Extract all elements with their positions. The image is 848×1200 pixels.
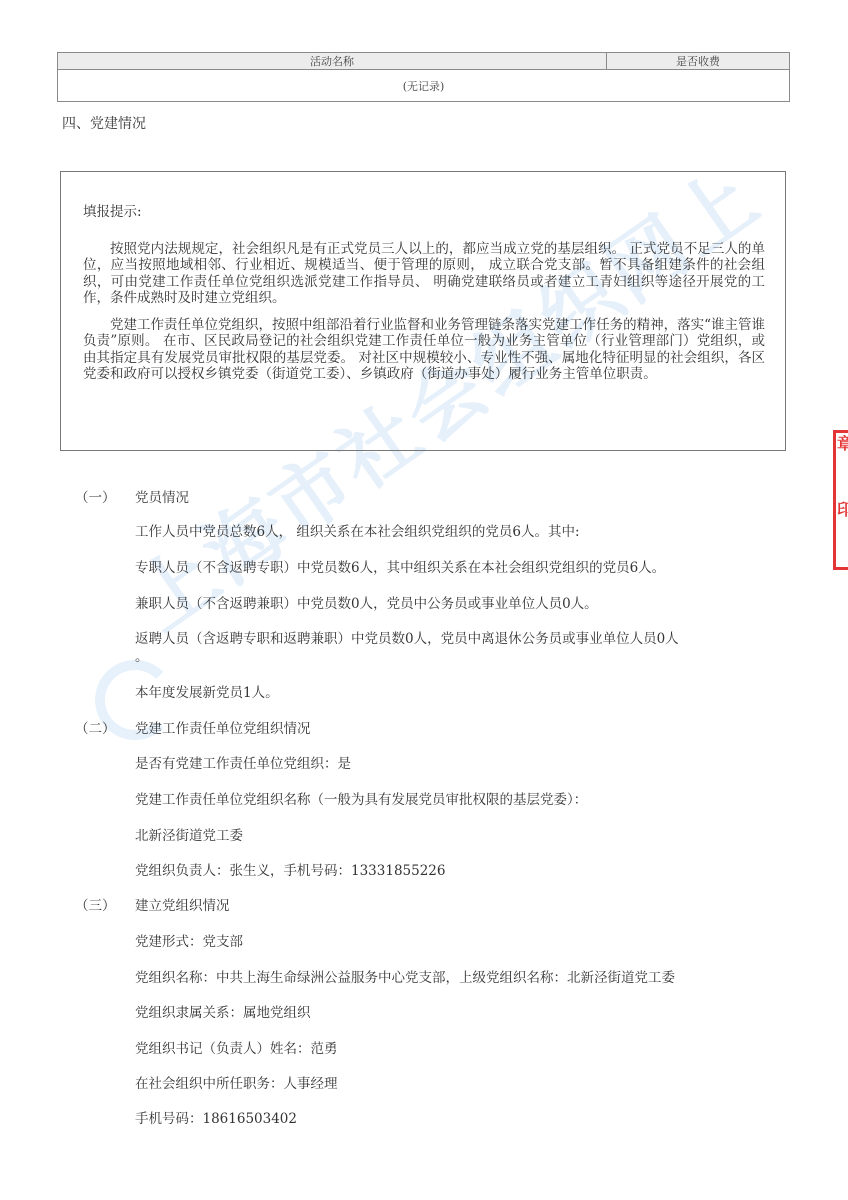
party-org-line: 党组织隶属关系：属地党组织	[135, 1001, 311, 1021]
header-activity-name: 活动名称	[58, 53, 607, 70]
members-line: 兼职人员（不含返聘兼职）中党员数0人，党员中公务员或事业单位人员0人。	[135, 592, 598, 612]
hint-box: 填报提示: 按照党内法规规定，社会组织凡是有正式党员三人以上的，都应当成立党的基…	[60, 171, 786, 451]
hint-title: 填报提示:	[83, 204, 765, 221]
red-seal-stamp: 章 印	[833, 430, 848, 570]
section-title: 四、党建情况	[62, 113, 146, 133]
responsible-unit-line: 党建工作责任单位党组织名称（一般为具有发展党员审批权限的基层党委）：	[135, 788, 587, 808]
members-line: 本年度发展新党员1人。	[135, 681, 279, 701]
party-org-title: 建立党组织情况	[135, 894, 230, 914]
responsible-unit-number: （二）	[75, 717, 116, 737]
hint-paragraph-2: 党建工作责任单位党组织，按照中组部沿着行业监督和业务管理链条落实党建工作任务的精…	[83, 317, 765, 383]
responsible-unit-line: 北新泾街道党工委	[135, 824, 243, 844]
members-line: 专职人员（不含返聘专职）中党员数6人，其中组织关系在本社会组织党组织的党员6人。	[135, 556, 665, 576]
hint-paragraph-1: 按照党内法规规定，社会组织凡是有正式党员三人以上的，都应当成立党的基层组织。 正…	[83, 241, 765, 307]
party-org-line: 党组织名称：中共上海生命绿洲公益服务中心党支部，上级党组织名称：北新泾街道党工委	[135, 966, 675, 986]
header-is-charged: 是否收费	[607, 53, 790, 70]
table-row: (无记录)	[58, 70, 790, 102]
responsible-unit-title: 党建工作责任单位党组织情况	[135, 717, 311, 737]
table-header-row: 活动名称 是否收费	[58, 53, 790, 70]
members-line: 。	[135, 645, 149, 665]
party-org-line: 在社会组织中所任职务：人事经理	[135, 1072, 338, 1092]
members-line: 工作人员中党员总数6人， 组织关系在本社会组织党组织的党员6人。其中:	[135, 520, 580, 540]
members-line: 返聘人员（含返聘专职和返聘兼职）中党员数0人，党员中离退休公务员或事业单位人员0…	[135, 627, 679, 647]
members-title: 党员情况	[135, 486, 189, 506]
members-number: （一）	[75, 486, 116, 506]
party-org-line: 党建形式：党支部	[135, 930, 243, 950]
party-org-line: 手机号码：18616503402	[135, 1107, 297, 1127]
party-org-number: （三）	[75, 894, 116, 914]
activity-table: 活动名称 是否收费 (无记录)	[57, 52, 790, 102]
stamp-text: 章 印	[837, 434, 848, 519]
empty-record-cell: (无记录)	[58, 70, 790, 102]
party-org-line: 党组织书记（负责人）姓名：范勇	[135, 1037, 338, 1057]
responsible-unit-line: 是否有党建工作责任单位党组织：是	[135, 752, 351, 772]
responsible-unit-line: 党组织负责人：张生义，手机号码：13331855226	[135, 859, 445, 879]
